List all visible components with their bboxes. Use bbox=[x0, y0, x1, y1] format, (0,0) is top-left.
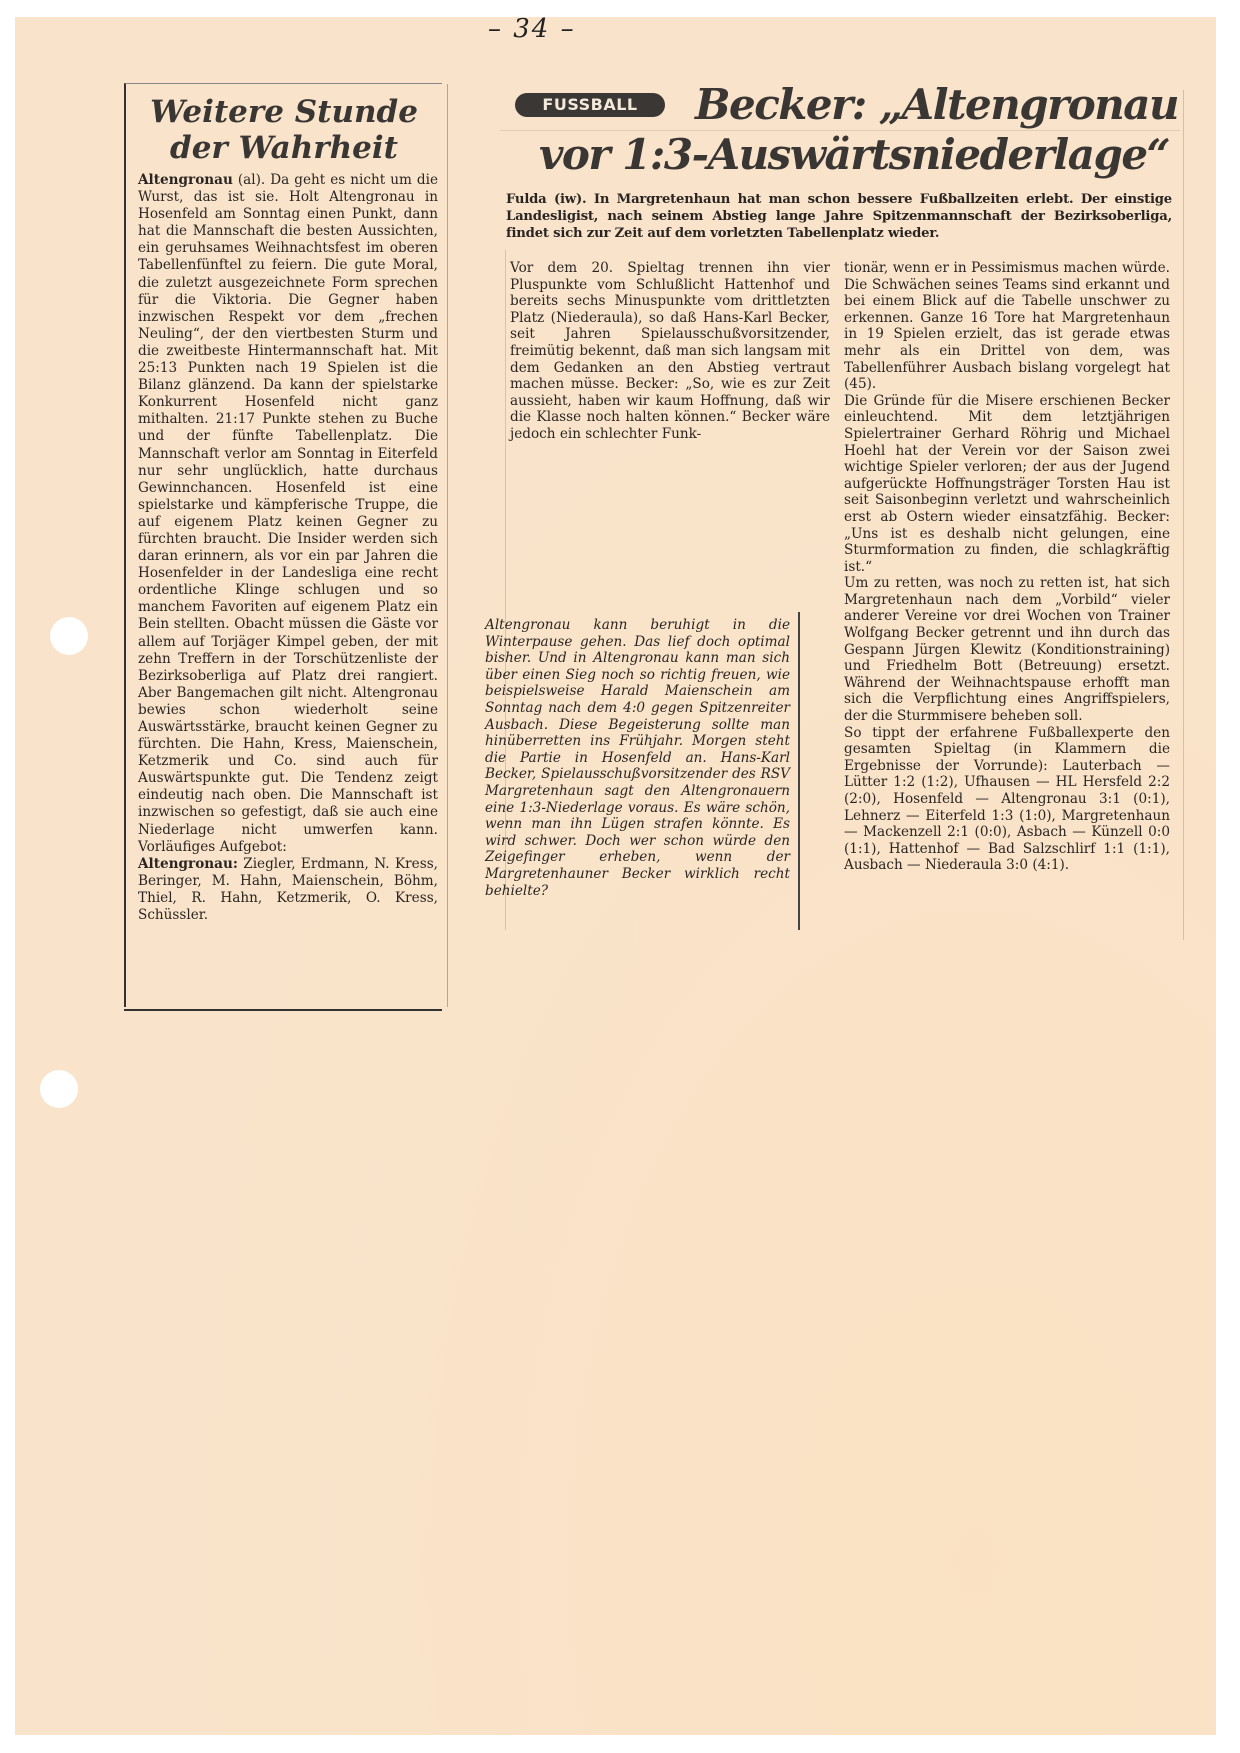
clipping-bottom-rule bbox=[124, 1009, 442, 1011]
article-left-body: Altengronau (al). Da geht es nicht um di… bbox=[138, 172, 438, 924]
article-right-column-1: Vor dem 20. Spieltag trennen ihn vier Pl… bbox=[510, 260, 830, 443]
headline-line-1: Becker: „Altengronau bbox=[530, 80, 1190, 130]
article-left-clipping: Weitere Stunde der Wahrheit Altengronau … bbox=[124, 83, 442, 1007]
clipping-edge-right bbox=[1183, 90, 1184, 940]
column-rule bbox=[447, 84, 448, 1007]
article-left-headline: Weitere Stunde der Wahrheit bbox=[126, 94, 442, 166]
column-2-para-1: tionär, wenn er in Pessimismus machen wü… bbox=[844, 260, 1170, 393]
column-2-para-3: Um zu retten, was noch zu retten ist, ha… bbox=[844, 575, 1170, 724]
boxed-comment: Altengronau kann beruhigt in die Winterp… bbox=[485, 617, 790, 899]
column-2-para-4: So tippt der erfahrene Fußballexperte de… bbox=[844, 725, 1170, 874]
boxed-comment-rule bbox=[798, 612, 800, 930]
article-right-lead: Fulda (iw). In Margretenhaun hat man sch… bbox=[506, 191, 1172, 242]
handwritten-page-number: – 34 – bbox=[488, 14, 576, 44]
lineup-label: Altengronau: bbox=[138, 856, 238, 872]
article-right-headline: Becker: „Altengronau vor 1:3-Auswärtsnie… bbox=[530, 80, 1190, 180]
punch-hole-top bbox=[50, 617, 88, 655]
dateline: Altengronau bbox=[138, 172, 233, 188]
column-2-para-2: Die Gründe für die Misere erschienen Bec… bbox=[844, 393, 1170, 576]
punch-hole-bottom bbox=[40, 1070, 78, 1108]
headline-line-2: vor 1:3-Auswärtsniederlage“ bbox=[530, 130, 1190, 180]
article-right-column-2: tionär, wenn er in Pessimismus machen wü… bbox=[844, 260, 1170, 874]
article-left-text: (al). Da geht es nicht um die Wurst, das… bbox=[138, 172, 438, 855]
column-1-text: Vor dem 20. Spieltag trennen ihn vier Pl… bbox=[510, 260, 830, 443]
